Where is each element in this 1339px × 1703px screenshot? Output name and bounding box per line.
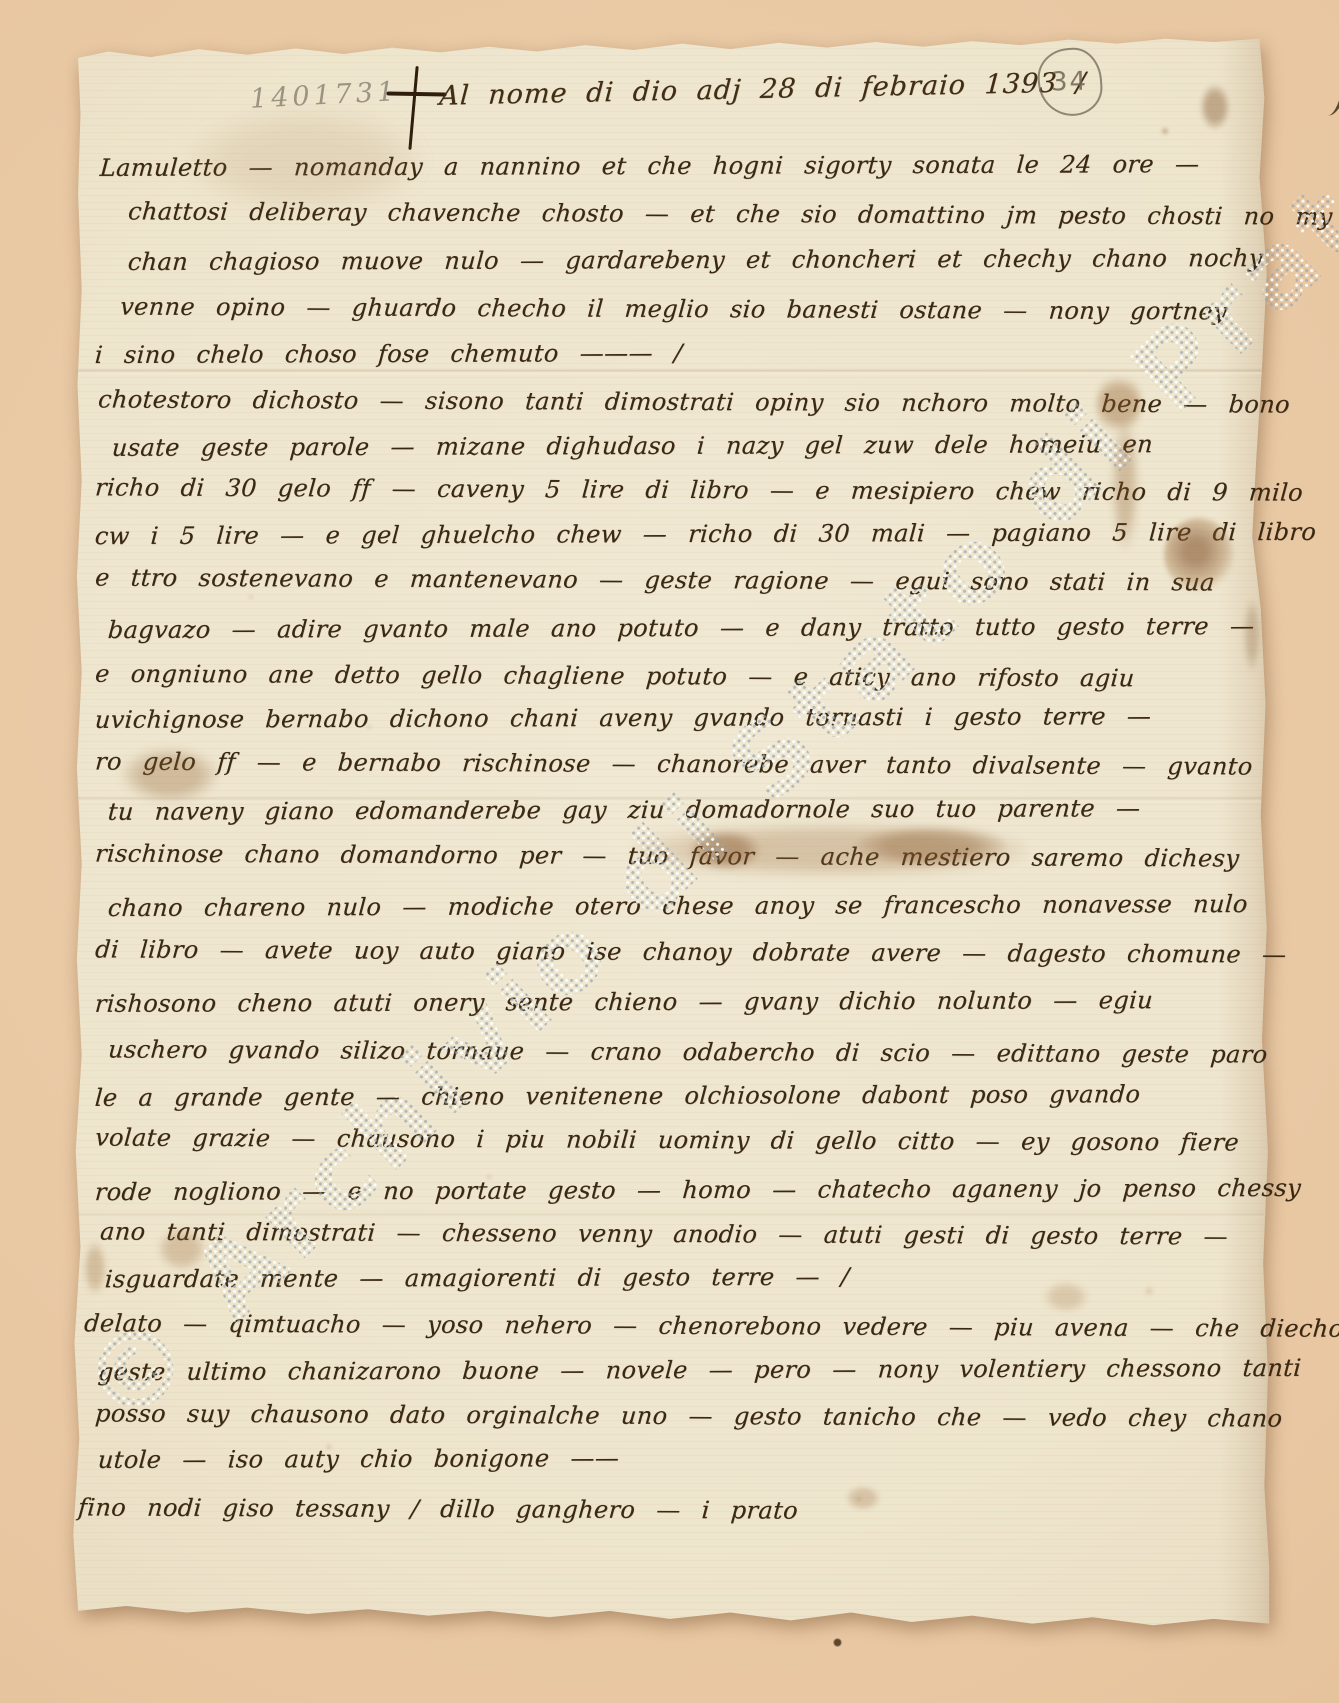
manuscript-line: fino nodi giso tessany / dillo ganghero … xyxy=(77,1493,799,1524)
manuscript-line: ro gelo ff — e bernabo rischinose — chan… xyxy=(94,747,1254,780)
manuscript-line: rishosono cheno atuti onery sente chieno… xyxy=(94,986,1154,1018)
manuscript-line: di libro — avete uoy auto giano ise chan… xyxy=(94,935,1287,968)
manuscript-line: ano tanti dimostrati — chesseno venny an… xyxy=(99,1218,1229,1251)
manuscript-line: utole — iso auty chio bonigone —— xyxy=(97,1444,620,1474)
manuscript-line: cw i 5 lire — e gel ghuelcho chew — rich… xyxy=(94,518,1317,550)
manuscript-line: e ttro sostenevano e mantenevano — geste… xyxy=(94,564,1216,597)
manuscript-line: chano chareno nulo — modiche otero chese… xyxy=(107,890,1249,922)
manuscript-line: chattosi deliberay chavenche chosto — et… xyxy=(127,197,1333,230)
manuscript-line: posso suy chausono dato orginalche uno —… xyxy=(94,1399,1283,1432)
manuscript-line: i sino chelo choso fose chemuto ——— / xyxy=(94,339,683,369)
manuscript-line: geste ultimo chanizarono buone — novele … xyxy=(97,1354,1302,1386)
manuscript-line: richo di 30 gelo ff — caveny 5 lire di l… xyxy=(94,473,1304,506)
fold-crease xyxy=(74,368,1264,375)
manuscript-line: chan chagioso muove nulo — gardarebeny e… xyxy=(127,244,1264,276)
manuscript-line: chotestoro dichosto — sisono tanti dimos… xyxy=(97,385,1291,418)
manuscript-line: rischinose chano domandorno per — tuo fa… xyxy=(94,840,1240,873)
manuscript-line: bagvazo — adire gvanto male ano potuto —… xyxy=(107,612,1255,644)
manuscript-line: delato — qimtuacho — yoso nehero — cheno… xyxy=(83,1309,1339,1342)
page-number: 34 xyxy=(1051,67,1089,98)
manuscript-line: Lamuletto — nomanday a nannino et che ho… xyxy=(99,150,1200,182)
manuscript-line: tu naveny giano edomanderebe gay ziu dom… xyxy=(107,794,1141,826)
manuscript-line: isguardate mente — amagiorenti di gesto … xyxy=(104,1263,850,1294)
manuscript-line: volate grazie — chausono i piu nobili uo… xyxy=(94,1124,1240,1157)
manuscript-line: uschero gvando silizo tornaue — crano od… xyxy=(107,1035,1268,1068)
manuscript-line: le a grande gente — chieno venitenene ol… xyxy=(94,1080,1141,1112)
manuscript-line: e ongniuno ane detto gello chagliene pot… xyxy=(94,660,1135,693)
manuscript-line: rode nogliono — e no portate gesto — hom… xyxy=(94,1174,1302,1206)
manuscript-line: venne opino — ghuardo checho il meglio s… xyxy=(119,293,1228,326)
manuscript-line: uvichignose bernabo dichono chani aveny … xyxy=(94,702,1152,734)
manuscript-line: usate geste parole — mizane dighudaso i … xyxy=(111,430,1154,462)
manuscript-photo: 1401731 Al nome di dio adj 28 di febraio… xyxy=(0,0,1339,1703)
foxing-speckles xyxy=(66,34,68,36)
